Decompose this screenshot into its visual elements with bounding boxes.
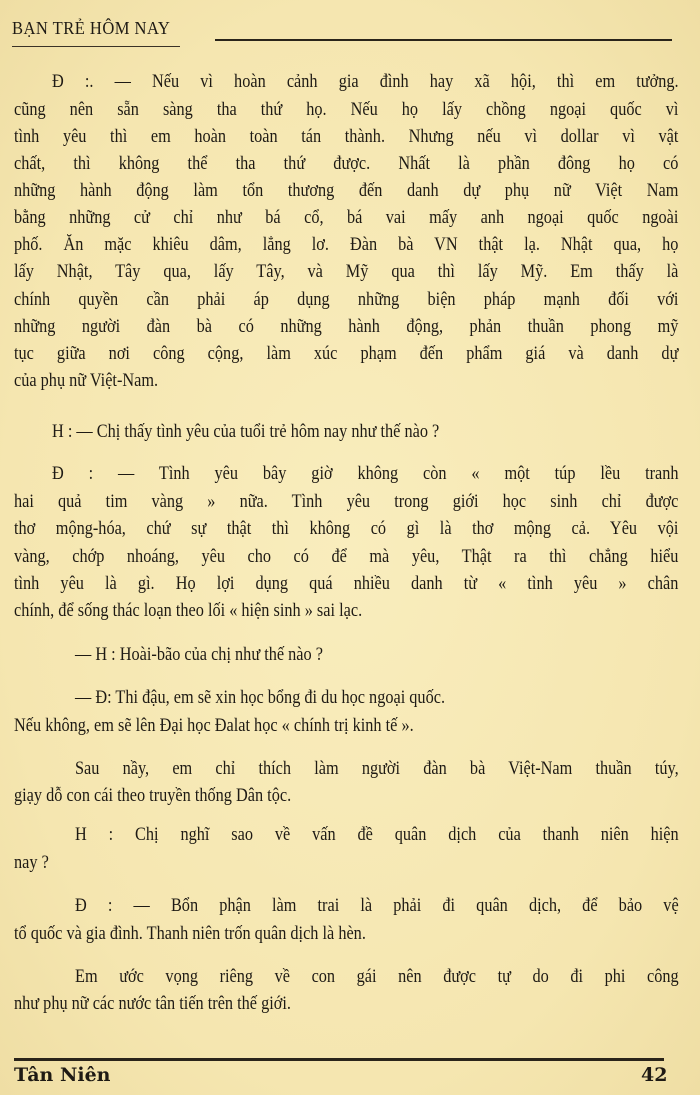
text-line: Em ước vọng riêng về con gái nên được tự… — [75, 965, 679, 989]
text-line: những người đàn bà có những hành động, p… — [14, 315, 678, 339]
text-line: cũng nên sẵn sàng tha thứ họ. Nếu họ lấy… — [14, 98, 678, 122]
text-line: Đ :. — Nếu vì hoàn cảnh gia đình hay xã … — [52, 70, 679, 94]
text-line: của phụ nữ Việt-Nam. — [14, 369, 678, 393]
magazine-page: BẠN TRẺ HÔM NAY Đ :. — Nếu vì hoàn cảnh … — [0, 0, 700, 1095]
text-line: hai quả tim vàng » nữa. Tình yêu trong g… — [14, 490, 678, 514]
text-line: H : Chị nghĩ sao về vấn đề quân dịch của… — [75, 823, 679, 847]
text-line: tổ quốc và gia đình. Thanh niên trốn quâ… — [14, 922, 678, 946]
text-line: bằng những cử chỉ như bá cổ, bá vai mấy … — [14, 206, 678, 230]
text-line: H : — Chị thấy tình yêu của tuổi trẻ hôm… — [52, 420, 679, 444]
text-line: — H : Hoài-bão của chị như thế nào ? — [75, 643, 679, 667]
header-rule — [215, 39, 672, 41]
text-line: Đ : — Bổn phận làm trai là phải đi quân … — [75, 894, 679, 918]
text-line: thơ mộng-hóa, chứ sự thật thì không có g… — [14, 517, 678, 541]
text-line: giạy dỗ con cái theo truyền thống Dân tộ… — [14, 784, 678, 808]
text-line: chính quyền cần phải áp dụng những biện … — [14, 288, 678, 312]
magazine-name: Tân Niên — [14, 1064, 110, 1086]
text-line: nay ? — [14, 851, 678, 875]
page-number: 42 — [641, 1064, 667, 1086]
text-line: — Đ: Thi đậu, em sẽ xin học bổng đi du h… — [75, 686, 679, 710]
text-line: Đ : — Tình yêu bây giờ không còn « một t… — [52, 462, 679, 486]
header-rule-short — [12, 46, 180, 47]
text-line: như phụ nữ các nước tân tiến trên thế gi… — [14, 992, 678, 1016]
text-line: phố. Ăn mặc khiêu dâm, lẳng lơ. Đàn bà V… — [14, 233, 678, 257]
text-line: vàng, chớp nhoáng, yêu cho có để mà yêu,… — [14, 545, 678, 569]
text-line: tình yêu là gì. Họ lợi dụng quá nhiều da… — [14, 572, 678, 596]
running-title: BẠN TRẺ HÔM NAY — [12, 18, 170, 39]
text-line: chất, thì không thể tha thứ được. Nhất l… — [14, 152, 678, 176]
text-line: những hành động làm tổn thương đến danh … — [14, 179, 678, 203]
text-line: Sau nầy, em chỉ thích làm người đàn bà V… — [75, 757, 679, 781]
text-line: lấy Nhật, Tây qua, lấy Tây, và Mỹ qua th… — [14, 260, 678, 284]
text-line: tình yêu thì em hoàn toàn tán thành. Như… — [14, 125, 678, 149]
text-line: chính, để sống thác loạn theo lối « hiện… — [14, 599, 678, 623]
footer-rule — [14, 1058, 664, 1061]
text-line: Nếu không, em sẽ lên Đại học Đalat học «… — [14, 714, 678, 738]
text-line: tục giữa nơi công cộng, làm xúc phạm đến… — [14, 342, 678, 366]
